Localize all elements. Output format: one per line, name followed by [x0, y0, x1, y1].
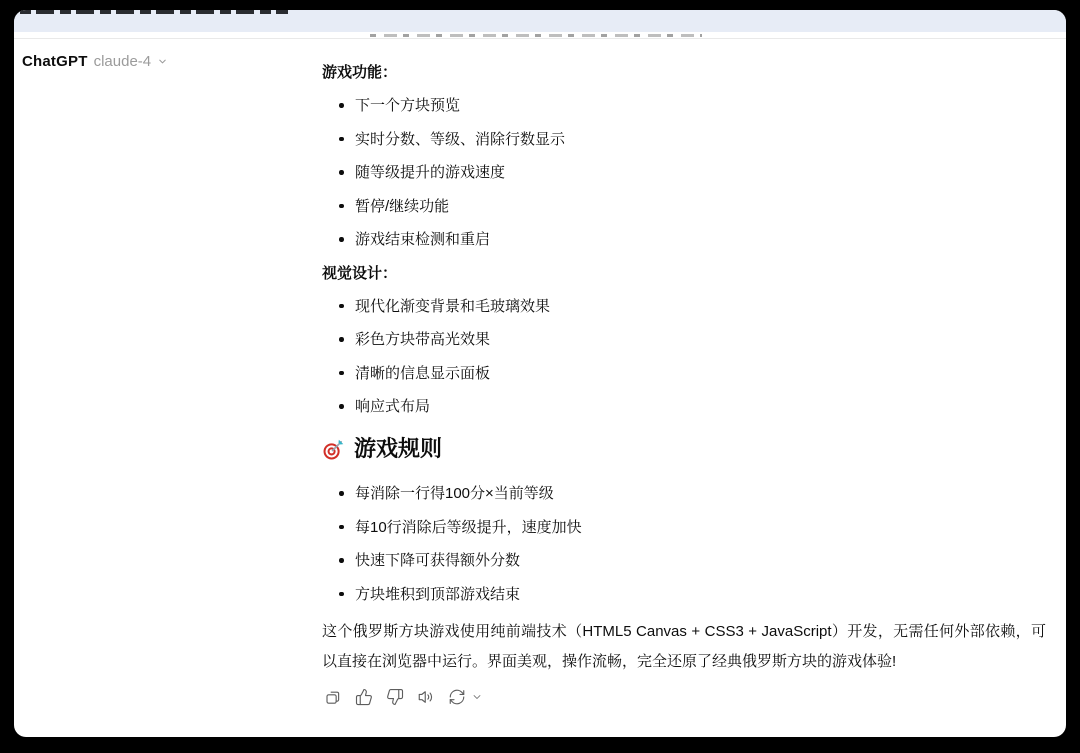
- list-item: 现代化渐变背景和毛玻璃效果: [322, 296, 1046, 317]
- speaker-icon: [417, 688, 435, 706]
- list-item: 每10行消除后等级提升，速度加快: [322, 517, 1046, 538]
- rules-list: 每消除一行得100分×当前等级 每10行消除后等级提升，速度加快 快速下降可获得…: [322, 483, 1046, 605]
- feature-section-label: 游戏功能：: [322, 62, 1046, 83]
- bullet-dot: [339, 558, 344, 563]
- list-item: 清晰的信息显示面板: [322, 363, 1046, 384]
- app-name: ChatGPT: [22, 53, 88, 70]
- list-item-text: 实时分数、等级、消除行数显示: [355, 131, 565, 148]
- list-item: 暂停/继续功能: [322, 196, 1046, 217]
- regenerate-button[interactable]: [446, 686, 468, 708]
- list-item-text: 现代化渐变背景和毛玻璃效果: [355, 298, 550, 315]
- bullet-dot: [339, 304, 344, 309]
- copy-icon: [324, 688, 342, 706]
- model-selector[interactable]: ChatGPT claude-4: [22, 53, 168, 70]
- bullet-dot: [339, 404, 344, 409]
- bullet-dot: [339, 525, 344, 530]
- bullet-dot: [339, 170, 344, 175]
- dart-target-emoji: [322, 438, 345, 461]
- bullet-dot: [339, 371, 344, 376]
- list-item: 方块堆积到顶部游戏结束: [322, 584, 1046, 605]
- message-action-bar: [322, 686, 1046, 708]
- thumbs-up-button[interactable]: [353, 686, 375, 708]
- regenerate-options-button[interactable]: [469, 689, 485, 705]
- list-item: 彩色方块带高光效果: [322, 329, 1046, 350]
- list-item-text: 每消除一行得100分×当前等级: [355, 485, 554, 502]
- model-name: claude-4: [94, 53, 152, 70]
- list-item-text: 下一个方块预览: [355, 97, 460, 114]
- list-item-text: 每10行消除后等级提升，速度加快: [355, 519, 582, 536]
- visual-section-label: 视觉设计：: [322, 263, 1046, 284]
- list-item: 快速下降可获得额外分数: [322, 550, 1046, 571]
- rules-heading-text: 游戏规则: [354, 434, 442, 464]
- list-item: 游戏结束检测和重启: [322, 229, 1046, 250]
- closing-paragraph: 这个俄罗斯方块游戏使用纯前端技术（HTML5 Canvas + CSS3 + J…: [322, 617, 1046, 677]
- chevron-down-icon: [157, 56, 168, 67]
- chevron-down-icon: [471, 691, 483, 703]
- visual-design-list: 现代化渐变背景和毛玻璃效果 彩色方块带高光效果 清晰的信息显示面板 响应式布局: [322, 296, 1046, 418]
- rules-heading: 游戏规则: [322, 434, 1046, 464]
- list-item-text: 随等级提升的游戏速度: [355, 164, 505, 181]
- list-item-text: 方块堆积到顶部游戏结束: [355, 586, 520, 603]
- list-item-text: 暂停/继续功能: [355, 198, 449, 215]
- bullet-dot: [339, 337, 344, 342]
- thumbs-up-icon: [355, 688, 373, 706]
- list-item: 随等级提升的游戏速度: [322, 162, 1046, 183]
- list-item-text: 游戏结束检测和重启: [355, 231, 490, 248]
- list-item: 响应式布局: [322, 396, 1046, 417]
- window-top-bar: [14, 10, 1066, 32]
- bullet-dot: [339, 204, 344, 209]
- list-item-text: 快速下降可获得额外分数: [355, 552, 520, 569]
- bullet-dot: [339, 237, 344, 242]
- regenerate-icon: [448, 688, 466, 706]
- list-item: 下一个方块预览: [322, 95, 1046, 116]
- list-item-text: 响应式布局: [355, 398, 430, 415]
- feature-list: 下一个方块预览 实时分数、等级、消除行数显示 随等级提升的游戏速度 暂停/继续功…: [322, 95, 1046, 250]
- copy-button[interactable]: [322, 686, 344, 708]
- read-aloud-button[interactable]: [415, 686, 437, 708]
- thumbs-down-button[interactable]: [384, 686, 406, 708]
- page-top-strip: [14, 32, 1066, 39]
- clipped-scrolled-text: [370, 34, 702, 37]
- bullet-dot: [339, 137, 344, 142]
- clipped-toolbar-text: [20, 10, 288, 14]
- browser-window: ChatGPT claude-4 游戏功能： 下一个方块预览 实时分数、等级、消…: [14, 10, 1066, 737]
- list-item-text: 彩色方块带高光效果: [355, 331, 490, 348]
- bullet-dot: [339, 491, 344, 496]
- list-item: 每消除一行得100分×当前等级: [322, 483, 1046, 504]
- thumbs-down-icon: [386, 688, 404, 706]
- list-item-text: 清晰的信息显示面板: [355, 365, 490, 382]
- assistant-message: 游戏功能： 下一个方块预览 实时分数、等级、消除行数显示 随等级提升的游戏速度 …: [322, 40, 1046, 708]
- list-item: 实时分数、等级、消除行数显示: [322, 129, 1046, 150]
- bullet-dot: [339, 592, 344, 597]
- bullet-dot: [339, 103, 344, 108]
